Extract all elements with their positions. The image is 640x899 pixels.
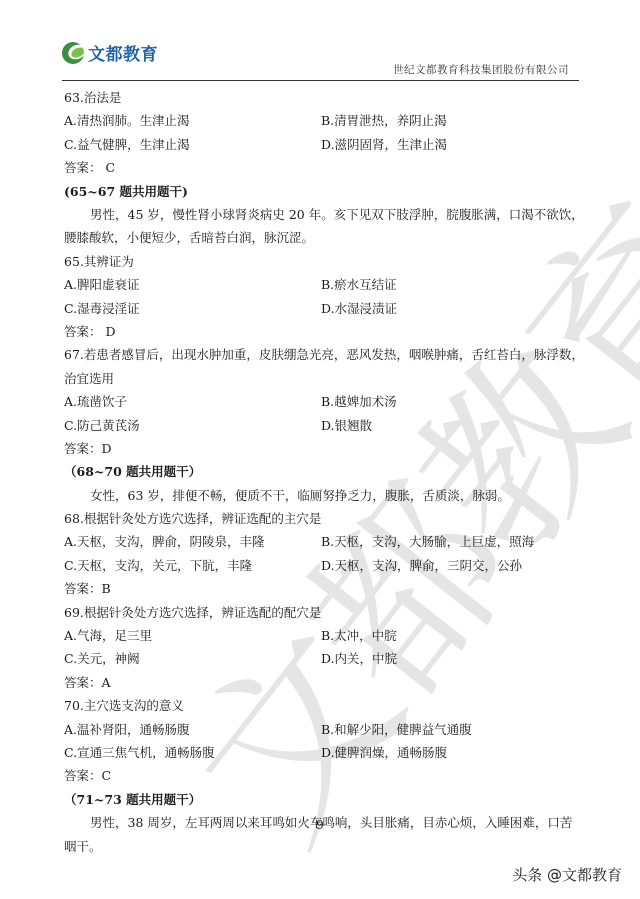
options-row: C.关元，神阙 D.内关，中脘	[64, 647, 584, 670]
answer: 答案： D	[64, 320, 584, 343]
option-b: B.和解少阳，健脾益气通腹	[321, 718, 472, 741]
option-b: B.太冲，中脘	[321, 624, 397, 647]
company-name: 世纪文都教育科技集团股份有限公司	[393, 62, 569, 77]
option-a: A.温补肾阳，通畅肠腹	[64, 718, 321, 741]
option-d: D.银翘散	[321, 414, 372, 437]
options-row: C.益气健脾，生津止渴 D.滋阴固肾，生津止渴	[64, 133, 584, 156]
option-d: D.健脾润燥，通畅肠腹	[321, 741, 447, 764]
question-67: 67.若患者感冒后，出现水肿加重，皮肤绷急光亮，恶风发热，咽喉肿痛，舌红苔白，脉…	[64, 343, 584, 390]
option-a: A.琉凿饮子	[64, 390, 321, 413]
question-68: 68.根据针灸处方选穴选择，辨证选配的主穴是	[64, 507, 584, 530]
option-b: B.清胃泄热，养阴止渴	[321, 109, 447, 132]
case-stem: 女性，63 岁，排便不畅，便质不干，临厕努挣乏力，腹胀，舌质淡，脉弱。	[64, 484, 584, 507]
option-d: D.天枢，支沟，脾俞，三阴交，公孙	[321, 554, 522, 577]
options-row: A.清热润肺。生津止渴 B.清胃泄热，养阴止渴	[64, 109, 584, 132]
option-d: D.滋阴固肾，生津止渴	[321, 133, 447, 156]
options-row: C.天枢，支沟，关元，下肮，丰隆 D.天枢，支沟，脾俞，三阴交，公孙	[64, 554, 584, 577]
option-b: B.瘀水互结证	[321, 273, 397, 296]
option-a: A.清热润肺。生津止渴	[64, 109, 321, 132]
option-b: B.天枢，支沟，大肠腧，上巨虚，照海	[321, 530, 534, 553]
group-title: （68~70 题共用题干）	[64, 460, 584, 483]
option-d: D.水湿浸渍证	[321, 297, 397, 320]
page-header: 文都教育 世纪文都教育科技集团股份有限公司	[62, 40, 579, 81]
question-63: 63.治法是	[64, 86, 584, 109]
answer: 答案：A	[64, 671, 584, 694]
option-c: C.天枢，支沟，关元，下肮，丰隆	[64, 554, 321, 577]
options-row: A.温补肾阳，通畅肠腹 B.和解少阳，健脾益气通腹	[64, 718, 584, 741]
answer: 答案：C	[64, 764, 584, 787]
answer: 答案：B	[64, 577, 584, 600]
options-row: A.气海，足三里 B.太冲，中脘	[64, 624, 584, 647]
exam-content: 63.治法是 A.清热润肺。生津止渴 B.清胃泄热，养阴止渴 C.益气健脾，生津…	[64, 86, 584, 858]
case-stem: 男性，45 岁，慢性肾小球肾炎病史 20 年。亥下见双下肢浮肿，脘腹胀满，口渴不…	[64, 203, 584, 250]
group-title: (65~67 题共用题干)	[64, 180, 584, 203]
options-row: A.脾阳虚衰证 B.瘀水互结证	[64, 273, 584, 296]
options-row: A.琉凿饮子 B.越婢加术汤	[64, 390, 584, 413]
logo: 文都教育	[62, 40, 158, 65]
question-69: 69.根据针灸处方选穴选择，辨证选配的配穴是	[64, 601, 584, 624]
group-title: （71~73 题共用题干）	[64, 788, 584, 811]
option-d: D.内关，中脘	[321, 647, 397, 670]
option-a: A.天枢，支沟，脾俞，阴陵泉，丰隆	[64, 530, 321, 553]
options-row: C.防己黄芪汤 D.银翘散	[64, 414, 584, 437]
logo-text: 文都教育	[88, 40, 158, 65]
footer-watermark: 头条 @文都教育	[512, 864, 622, 885]
answer: 答案： C	[64, 156, 584, 179]
option-c: C.关元，神阙	[64, 647, 321, 670]
page-number: 9	[0, 818, 640, 832]
option-c: C.防己黄芪汤	[64, 414, 321, 437]
options-row: C.湿毒浸淫证 D.水湿浸渍证	[64, 297, 584, 320]
option-a: A.脾阳虚衰证	[64, 273, 321, 296]
options-row: A.天枢，支沟，脾俞，阴陵泉，丰隆 B.天枢，支沟，大肠腧，上巨虚，照海	[64, 530, 584, 553]
option-c: C.益气健脾，生津止渴	[64, 133, 321, 156]
question-65: 65.其辨证为	[64, 250, 584, 273]
answer: 答案：D	[64, 437, 584, 460]
question-70: 70.主穴选支沟的意义	[64, 694, 584, 717]
option-a: A.气海，足三里	[64, 624, 321, 647]
option-c: C.湿毒浸淫证	[64, 297, 321, 320]
option-b: B.越婢加术汤	[321, 390, 397, 413]
option-c: C.宣通三焦气机，通畅肠腹	[64, 741, 321, 764]
logo-icon	[62, 42, 84, 64]
options-row: C.宣通三焦气机，通畅肠腹 D.健脾润燥，通畅肠腹	[64, 741, 584, 764]
